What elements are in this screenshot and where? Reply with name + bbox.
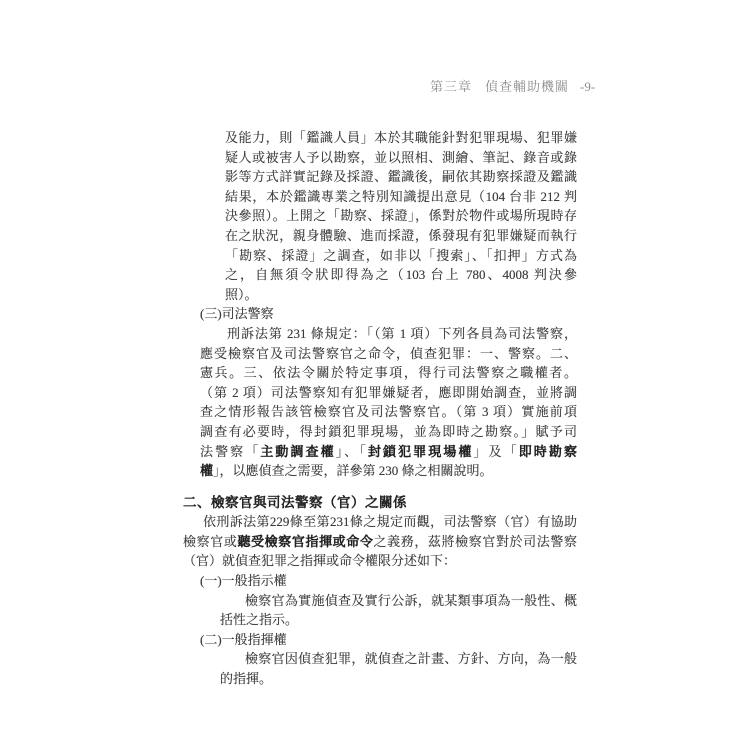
general-instruction-paragraph: 檢察官為實施偵查及實行公訴，就某類事項為一般性、概括性之指示。 [220,591,577,630]
text-run: 的指揮。 [220,671,272,686]
text-line: 之，自無須令狀即得為之（103 台上 780、4008 判決參 [225,265,577,285]
text-run: (二)一般指揮權 [200,632,287,647]
chapter-title: 偵查輔助機關 [485,79,569,94]
item-label-judicial-police: (三)司法警察 [200,304,750,324]
text-line: 權」，以應偵查之需要，詳參第 230 條之相關說明。 [200,461,577,481]
section-heading-prosecutor-police-relation: 二、檢察官與司法警察（官）之關係 [183,493,750,513]
item-label-general-instruction-right: (一)一般指示權 [200,571,750,591]
text-line: 照）。 [225,285,577,305]
text-run: 之，自無須令狀即得為之（103 台上 780、4008 判決參 [225,267,577,282]
text-line: 決參照）。上開之「勘察、採證」，係對於物件或場所現時存 [225,206,577,226]
text-run: 「勘察、採證」之調查，如非以「搜索」、「扣押」方式為 [225,248,577,263]
general-command-paragraph: 檢察官因偵查犯罪，就偵查之計畫、方針、方向，為一般的指揮。 [220,649,577,688]
emphasized-text: 即時勘察 [519,444,577,459]
article-231-paragraph: 刑訴法第 231 條規定：「（第 1 項）下列各員為司法警察，應受檢察官及司法警… [200,324,577,481]
text-line: 調查有必要時，得封鎖犯罪現場，並為即時之勘察。」賦予司 [200,422,577,442]
text-line: (三)司法警察 [200,304,750,324]
text-run: 檢察官因偵查犯罪，就偵查之計畫、方針、方向，為一般 [245,651,577,666]
text-line: 檢察官或聽受檢察官指揮或命令之義務，茲將檢察官對於司法警察 [183,532,577,552]
text-run: 應受檢察官及司法警察官之命令，偵查犯罪：一、警察。二、 [200,346,577,361]
running-header: 第三章偵查輔助機關-9- [430,79,595,95]
text-run: 決參照）。上開之「勘察、採證」，係對於物件或場所現時存 [225,208,577,223]
text-run: 括性之指示。 [220,612,298,627]
emphasized-text: 主動調查權 [260,444,335,459]
text-line: 查之情形報告該管檢察官及司法警察官。（第 3 項）實施前項 [200,402,577,422]
text-line: 疑人或被害人予以勘察，並以照相、測繪、筆記、錄音或錄 [225,148,577,168]
text-line: 檢察官為實施偵查及實行公訴，就某類事項為一般性、概 [220,591,577,611]
text-line: 檢察官因偵查犯罪，就偵查之計畫、方針、方向，為一般 [220,649,577,669]
text-run: 二、檢察官與司法警察（官）之關係 [183,495,407,510]
text-run: （官）就偵查犯罪之指揮或命令權限分述如下： [183,553,456,568]
text-line: 刑訴法第 231 條規定：「（第 1 項）下列各員為司法警察， [200,324,577,344]
text-line: 法警察「主動調查權」、「封鎖犯罪現場權」及「即時勘察 [200,442,577,462]
text-run: 」及「 [473,444,518,459]
text-run: 之義務，茲將檢察官對於司法警察 [374,534,577,549]
emphasized-text: 封鎖犯罪現場權 [368,444,474,459]
text-line: (一)一般指示權 [200,571,750,591]
text-run: 檢察官為實施偵查及實行公訴，就某類事項為一般性、概 [245,593,577,608]
text-run: 刑訴法第 231 條規定：「（第 1 項）下列各員為司法警察， [227,326,577,341]
page-number: -9- [580,79,595,94]
text-run: 憲兵。三、依法令關於特定事項，得行司法警察之職權者。 [200,365,577,380]
text-line: 括性之指示。 [220,610,577,630]
scanned-book-page: 第三章偵查輔助機關-9- 及能力，則「鑑識人員」本於其職能針對犯罪現場、犯罪嫌疑… [0,0,750,750]
text-run: (三)司法警察 [200,306,274,321]
emphasized-text: 聽受檢察官指揮或命令 [237,534,373,549]
text-run: 在之狀況，親身體驗、進而採證，係發現有犯罪嫌疑而執行 [225,228,577,243]
item-label-general-command-right: (二)一般指揮權 [200,630,750,650]
text-run: 」，以應偵查之需要，詳參第 230 條之相關說明。 [213,463,493,478]
text-line: 應受檢察官及司法警察官之命令，偵查犯罪：一、警察。二、 [200,344,577,364]
text-run: 檢察官或 [183,534,237,549]
text-run: 調查有必要時，得封鎖犯罪現場，並為即時之勘察。」賦予司 [200,424,577,439]
text-line: 及能力，則「鑑識人員」本於其職能針對犯罪現場、犯罪嫌 [225,128,577,148]
text-line: 「勘察、採證」之調查，如非以「搜索」、「扣押」方式為 [225,246,577,266]
text-line: 的指揮。 [220,669,577,689]
text-run: 及能力，則「鑑識人員」本於其職能針對犯罪現場、犯罪嫌 [225,130,577,145]
text-run: 依刑訴法第229條至第231條之規定而觀，司法警察（官）有協助 [203,514,577,529]
text-line: （第 2 項）司法警察知有犯罪嫌疑者，應即開始調查，並將調 [200,383,577,403]
identification-personnel-paragraph: 及能力，則「鑑識人員」本於其職能針對犯罪現場、犯罪嫌疑人或被害人予以勘察，並以照… [225,128,577,304]
chapter-label: 第三章 [430,79,472,94]
text-line: 二、檢察官與司法警察（官）之關係 [183,493,750,513]
text-line: （官）就偵查犯罪之指揮或命令權限分述如下： [183,551,577,571]
text-run: 」、「 [336,444,368,459]
text-line: 在之狀況，親身體驗、進而採證，係發現有犯罪嫌疑而執行 [225,226,577,246]
text-line: (二)一般指揮權 [200,630,750,650]
document-body: 及能力，則「鑑識人員」本於其職能針對犯罪現場、犯罪嫌疑人或被害人予以勘察，並以照… [0,128,750,689]
text-run: (一)一般指示權 [200,573,287,588]
relation-intro-paragraph: 依刑訴法第229條至第231條之規定而觀，司法警察（官）有協助檢察官或聽受檢察官… [183,512,577,571]
emphasized-text: 權 [200,463,213,478]
text-run: （第 2 項）司法警察知有犯罪嫌疑者，應即開始調查，並將調 [200,385,577,400]
text-line: 結果，本於鑑識專業之特別知識提出意見（104 台非 212 判 [225,187,577,207]
text-line: 憲兵。三、依法令關於特定事項，得行司法警察之職權者。 [200,363,577,383]
text-run: 疑人或被害人予以勘察，並以照相、測繪、筆記、錄音或錄 [225,150,577,165]
text-run: 影等方式詳實記錄及採證、鑑識後，嗣依其勘察採證及鑑識 [225,169,577,184]
text-line: 影等方式詳實記錄及採證、鑑識後，嗣依其勘察採證及鑑識 [225,167,577,187]
text-line: 依刑訴法第229條至第231條之規定而觀，司法警察（官）有協助 [183,512,577,532]
text-run: 法警察「 [200,444,260,459]
text-run: 查之情形報告該管檢察官及司法警察官。（第 3 項）實施前項 [200,404,577,419]
text-run: 結果，本於鑑識專業之特別知識提出意見（104 台非 212 判 [225,189,577,204]
text-run: 照）。 [225,287,258,302]
